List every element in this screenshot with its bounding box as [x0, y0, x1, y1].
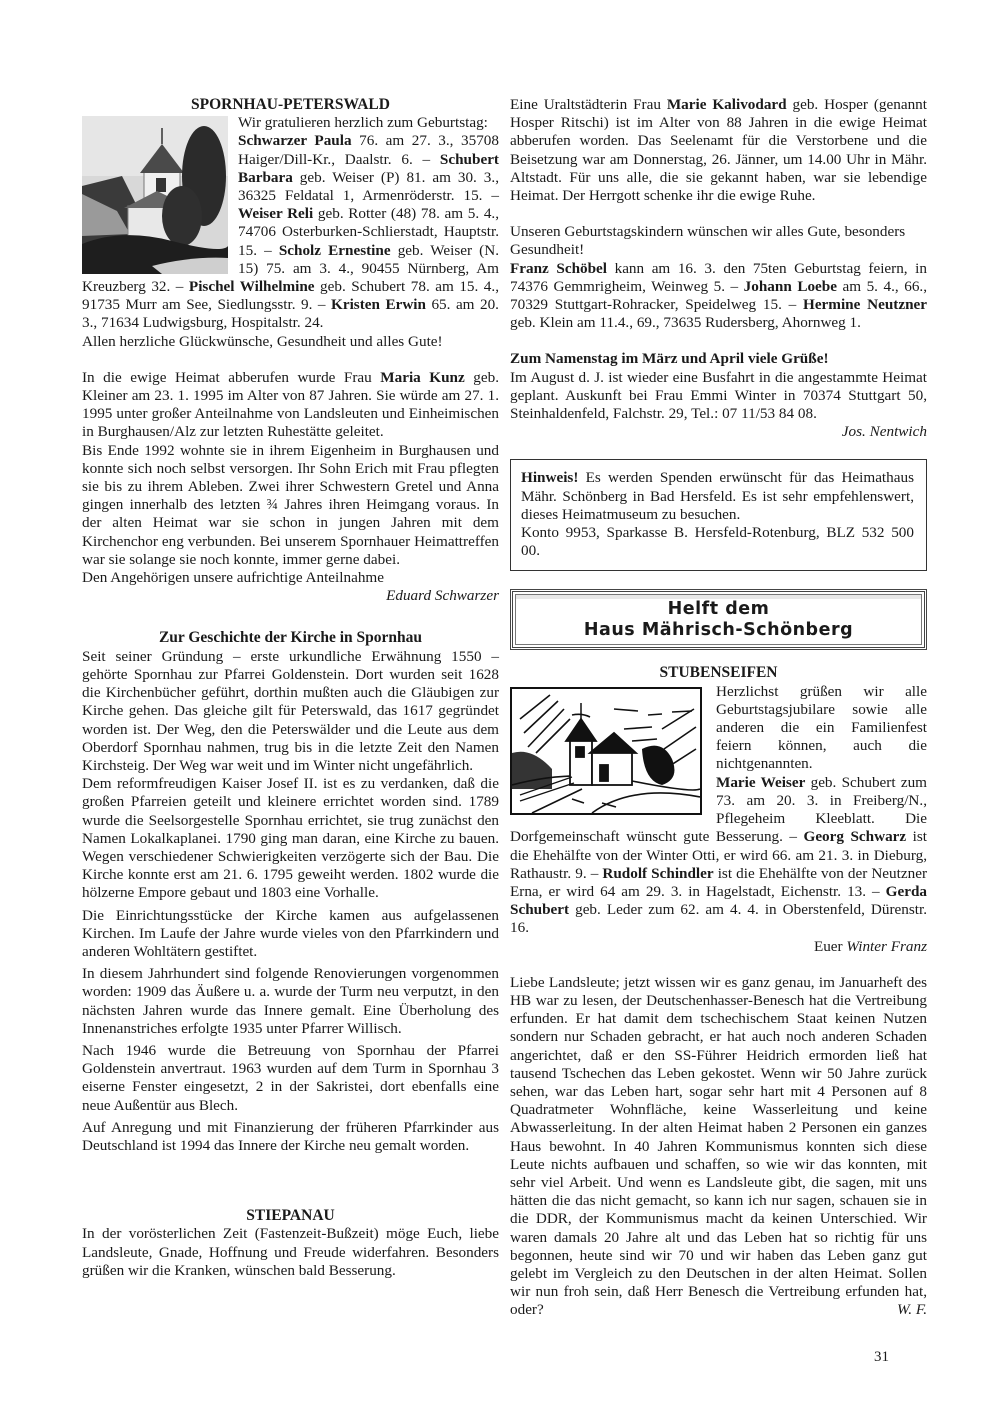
person-name: Maria Kunz: [380, 369, 464, 386]
donation-text: Hinweis! Es werden Spenden erwünscht für…: [521, 469, 914, 524]
page-number: 31: [874, 1349, 889, 1366]
history-paragraph: Seit seiner Gründung – erste urkundliche…: [82, 648, 499, 775]
left-column: SPORNHAU-PETERSWALD Wir gratulieren her: [82, 96, 499, 1280]
person-name: Franz Schöbel: [510, 260, 607, 277]
person-name: Weiser Reli: [238, 205, 313, 222]
person-name: Hermine Neutzner: [803, 296, 927, 313]
section-stubenseifen: STUBENSEIFEN: [510, 664, 927, 955]
person-name: Rudolf Schindler: [602, 865, 713, 882]
person-name: Schwarzer Paula: [238, 132, 352, 149]
history-paragraph: Dem reformfreudigen Kaiser Josef II. ist…: [82, 775, 499, 902]
person-name: Johann Loebe: [744, 278, 837, 295]
church-drawing-icon: [510, 687, 702, 815]
birthday-intro-2: Gesundheit!: [510, 241, 927, 259]
section-obituary-maria-kunz: In die ewige Heimat abberufen wurde Frau…: [82, 369, 499, 606]
signature: Jos. Nentwich: [510, 423, 927, 441]
namenstag-heading: Zum Namenstag im März und April viele Gr…: [510, 350, 927, 368]
section-heading: STUBENSEIFEN: [510, 664, 927, 682]
section-heading: Zur Geschichte der Kirche in Spornhau: [82, 629, 499, 647]
section-spornhau-peterswald: SPORNHAU-PETERSWALD Wir gratulieren her: [82, 96, 499, 351]
birthday-entries: Franz Schöbel kann am 16. 3. den 75ten G…: [510, 260, 927, 333]
person-name: Kristen Erwin: [331, 296, 426, 313]
banner-line-1: Helft dem: [516, 599, 921, 620]
obituary-paragraph: Den Angehörigen unsere aufrichtige Antei…: [82, 569, 499, 587]
closing-wishes: Allen herzliche Glückwünsche, Gesundheit…: [82, 333, 499, 351]
obituary-paragraph: In die ewige Heimat abberufen wurde Frau…: [82, 369, 499, 442]
section-heading: SPORNHAU-PETERSWALD: [82, 96, 499, 114]
help-banner: Helft dem Haus Mährisch-Schönberg: [510, 589, 927, 650]
bank-account: Konto 9953, Sparkasse B. Hersfeld-Rotenb…: [521, 524, 914, 560]
section-letter: Liebe Landsleute; jetzt wissen wir es ga…: [510, 974, 927, 1320]
right-column: Eine Uraltstädterin Frau Marie Kalivodar…: [510, 96, 927, 1320]
history-paragraph: In diesem Jahrhundert sind folgende Reno…: [82, 965, 499, 1038]
church-photo-icon: [82, 116, 228, 274]
section-church-history: Zur Geschichte der Kirche in Spornhau Se…: [82, 629, 499, 1155]
section-obituary-kalivodard: Eine Uraltstädterin Frau Marie Kalivodar…: [510, 96, 927, 205]
busfahrt-paragraph: Im August d. J. ist wieder eine Busfahrt…: [510, 369, 927, 424]
stiepanau-paragraph: In der vorösterlichen Zeit (Fastenzeit-B…: [82, 1225, 499, 1280]
signature: Eduard Schwarzer: [82, 587, 499, 605]
person-name: Marie Weiser: [716, 774, 805, 791]
section-stiepanau: STIEPANAU In der vorösterlichen Zeit (Fa…: [82, 1207, 499, 1280]
signature: Euer Winter Franz: [510, 938, 927, 956]
donation-notice-box: Hinweis! Es werden Spenden erwünscht für…: [510, 459, 927, 571]
person-name: Scholz Ernestine: [279, 242, 391, 259]
section-namenstag: Zum Namenstag im März und April viele Gr…: [510, 350, 927, 441]
person-name: Marie Kalivodard: [667, 96, 787, 113]
history-paragraph: Auf Anregung und mit Finanzierung der fr…: [82, 1119, 499, 1155]
person-name: Pischel Wilhelmine: [189, 278, 315, 295]
section-heading: STIEPANAU: [82, 1207, 499, 1225]
history-paragraph: Die Einrichtungsstücke der Kirche kamen …: [82, 907, 499, 962]
section-birthdays: Unseren Geburtstagskindern wünschen wir …: [510, 223, 927, 332]
letter-paragraph: Liebe Landsleute; jetzt wissen wir es ga…: [510, 974, 927, 1320]
banner-line-2: Haus Mährisch-Schönberg: [516, 620, 921, 641]
history-paragraph: Nach 1946 wurde die Betreuung von Spornh…: [82, 1042, 499, 1115]
birthday-intro: Unseren Geburtstagskindern wünschen wir …: [510, 223, 927, 241]
signature: W. F.: [897, 1301, 927, 1319]
person-name: Georg Schwarz: [804, 828, 907, 845]
notice-label: Hinweis!: [521, 469, 578, 486]
obituary-paragraph: Bis Ende 1992 wohnte sie in ihrem Eigenh…: [82, 442, 499, 569]
obituary-paragraph: Eine Uraltstädterin Frau Marie Kalivodar…: [510, 96, 927, 205]
